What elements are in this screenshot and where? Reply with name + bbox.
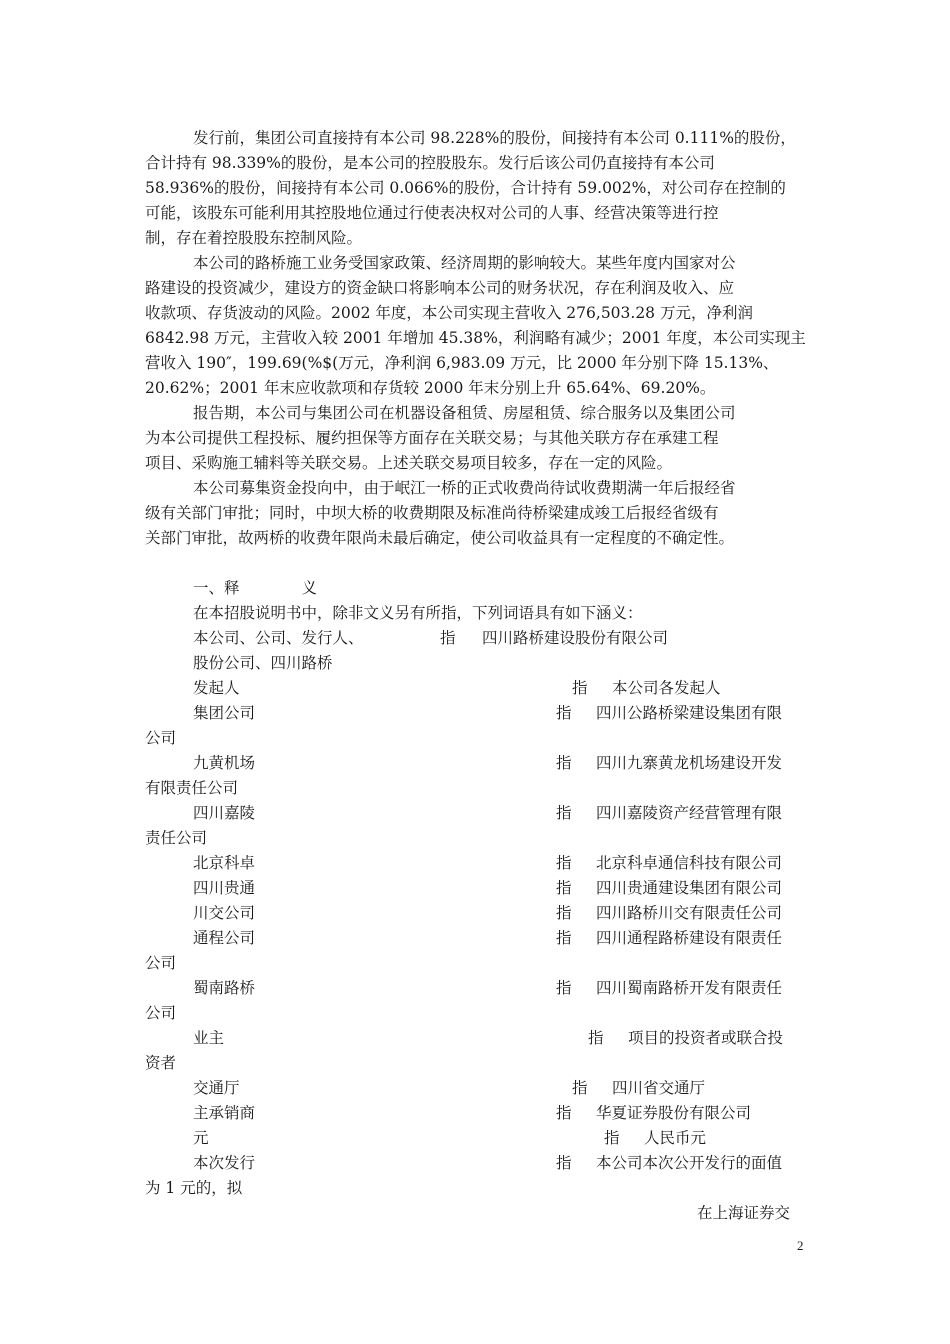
definition-text-cont: 资者: [145, 1053, 176, 1073]
definition-term: 发起人: [193, 678, 240, 698]
refers-word: 指: [556, 903, 572, 923]
trailing-text: 在上海证券交: [697, 1203, 790, 1223]
definition-text-cont: 责任公司: [145, 828, 207, 848]
definition-text: 四川路桥建设股份有限公司: [482, 628, 668, 648]
definition-term: 主承销商: [193, 1103, 255, 1123]
paragraph-line: 6842.98 万元，主营收入较 2001 年增加 45.38%，利润略有减少；…: [145, 328, 806, 348]
paragraph-line: 58.936%的股份，间接持有本公司 0.066%的股份，合计持有 59.002…: [145, 178, 786, 198]
definition-text: 四川通程路桥建设有限责任: [596, 928, 782, 948]
refers-word: 指: [556, 753, 572, 773]
refers-word: 指: [556, 1103, 572, 1123]
definition-text: 四川路桥川交有限责任公司: [596, 903, 782, 923]
definition-term: 集团公司: [193, 703, 255, 723]
definition-term: 业主: [193, 1028, 224, 1048]
paragraph-line: 制，存在着控股股东控制风险。: [145, 228, 362, 248]
definition-text: 四川九寨黄龙机场建设开发: [596, 753, 782, 773]
refers-word: 指: [556, 703, 572, 723]
definition-text: 北京科卓通信科技有限公司: [596, 853, 782, 873]
definition-text: 四川嘉陵资产经营管理有限: [596, 803, 782, 823]
paragraph-line: 营收入 190″，199.69(%$(万元，净利润 6,983.09 万元，比 …: [145, 353, 778, 373]
definition-term: 本公司、公司、发行人、: [193, 628, 364, 648]
definition-text-cont: 有限责任公司: [145, 778, 238, 798]
definition-text: 人民币元: [644, 1128, 706, 1148]
definition-text-cont: 公司: [145, 953, 176, 973]
paragraph-line: 为本公司提供工程投标、履约担保等方面存在关联交易；与其他关联方存在承建工程: [145, 428, 719, 448]
refers-word: 指: [556, 928, 572, 948]
document-page: 发行前，集团公司直接持有本公司 98.228%的股份，间接持有本公司 0.111…: [0, 0, 950, 1344]
definition-text: 四川蜀南路桥开发有限责任: [596, 978, 782, 998]
paragraph-line: 20.62%；2001 年末应收款项和存货较 2000 年末分别上升 65.64…: [145, 378, 715, 398]
paragraph-line: 关部门审批，故两桥的收费年限尚未最后确定，使公司收益具有一定程度的不确定性。: [145, 528, 734, 548]
definition-text: 四川贵通建设集团有限公司: [596, 878, 782, 898]
definition-text: 四川公路桥梁建设集团有限: [596, 703, 782, 723]
definition-text: 本公司各发起人: [612, 678, 721, 698]
refers-word: 指: [556, 978, 572, 998]
definition-term-cont: 股份公司、四川路桥: [193, 653, 333, 673]
paragraph-line: 本公司募集资金投向中，由于岷江一桥的正式收费尚待试收费期满一年后报经省: [193, 478, 736, 498]
definition-text: 华夏证券股份有限公司: [596, 1103, 751, 1123]
paragraph-line: 可能，该股东可能利用其控股地位通过行使表决权对公司的人事、经营决策等进行控: [145, 203, 719, 223]
definition-term: 川交公司: [193, 903, 255, 923]
definition-term: 四川嘉陵: [193, 803, 255, 823]
definitions-intro: 在本招股说明书中，除非文义另有所指，下列词语具有如下涵义：: [193, 603, 643, 623]
section-heading: 一、释 义: [193, 578, 317, 598]
paragraph-line: 级有关部门审批；同时，中坝大桥的收费期限及标准尚待桥梁建成竣工后报经省级有: [145, 503, 719, 523]
paragraph-line: 路建设的投资减少，建设方的资金缺口将影响本公司的财务状况，存在利润及收入、应: [145, 278, 734, 298]
definition-text: 四川省交通厅: [612, 1078, 705, 1098]
definition-term: 本次发行: [193, 1153, 255, 1173]
page-number: 2: [797, 1238, 804, 1254]
paragraph-line: 本公司的路桥施工业务受国家政策、经济周期的影响较大。某些年度内国家对公: [193, 253, 736, 273]
definition-text-cont: 公司: [145, 1003, 176, 1023]
paragraph-line: 发行前，集团公司直接持有本公司 98.228%的股份，间接持有本公司 0.111…: [193, 128, 796, 148]
paragraph-line: 收款项、存货波动的风险。2002 年度，本公司实现主营收入 276,503.28…: [145, 303, 753, 323]
definition-term: 元: [193, 1128, 209, 1148]
refers-word: 指: [556, 1153, 572, 1173]
refers-word: 指: [572, 1078, 588, 1098]
refers-word: 指: [556, 878, 572, 898]
paragraph-line: 报告期，本公司与集团公司在机器设备租赁、房屋租赁、综合服务以及集团公司: [193, 403, 736, 423]
definition-term: 四川贵通: [193, 878, 255, 898]
definition-text-cont: 公司: [145, 728, 176, 748]
refers-word: 指: [604, 1128, 620, 1148]
refers-word: 指: [440, 628, 456, 648]
definition-term: 北京科卓: [193, 853, 255, 873]
definition-term: 九黄机场: [193, 753, 255, 773]
definition-text: 本公司本次公开发行的面值: [596, 1153, 782, 1173]
refers-word: 指: [556, 853, 572, 873]
definition-term: 蜀南路桥: [193, 978, 255, 998]
definition-term: 通程公司: [193, 928, 255, 948]
refers-word: 指: [588, 1028, 604, 1048]
definition-text-cont: 为 1 元的，拟: [145, 1178, 242, 1198]
definition-term: 交通厅: [193, 1078, 240, 1098]
refers-word: 指: [572, 678, 588, 698]
paragraph-line: 项目、采购施工辅料等关联交易。上述关联交易项目较多，存在一定的风险。: [145, 453, 672, 473]
refers-word: 指: [556, 803, 572, 823]
paragraph-line: 合计持有 98.339%的股份，是本公司的控股股东。发行后该公司仍直接持有本公司: [145, 153, 715, 173]
definition-text: 项目的投资者或联合投: [628, 1028, 783, 1048]
